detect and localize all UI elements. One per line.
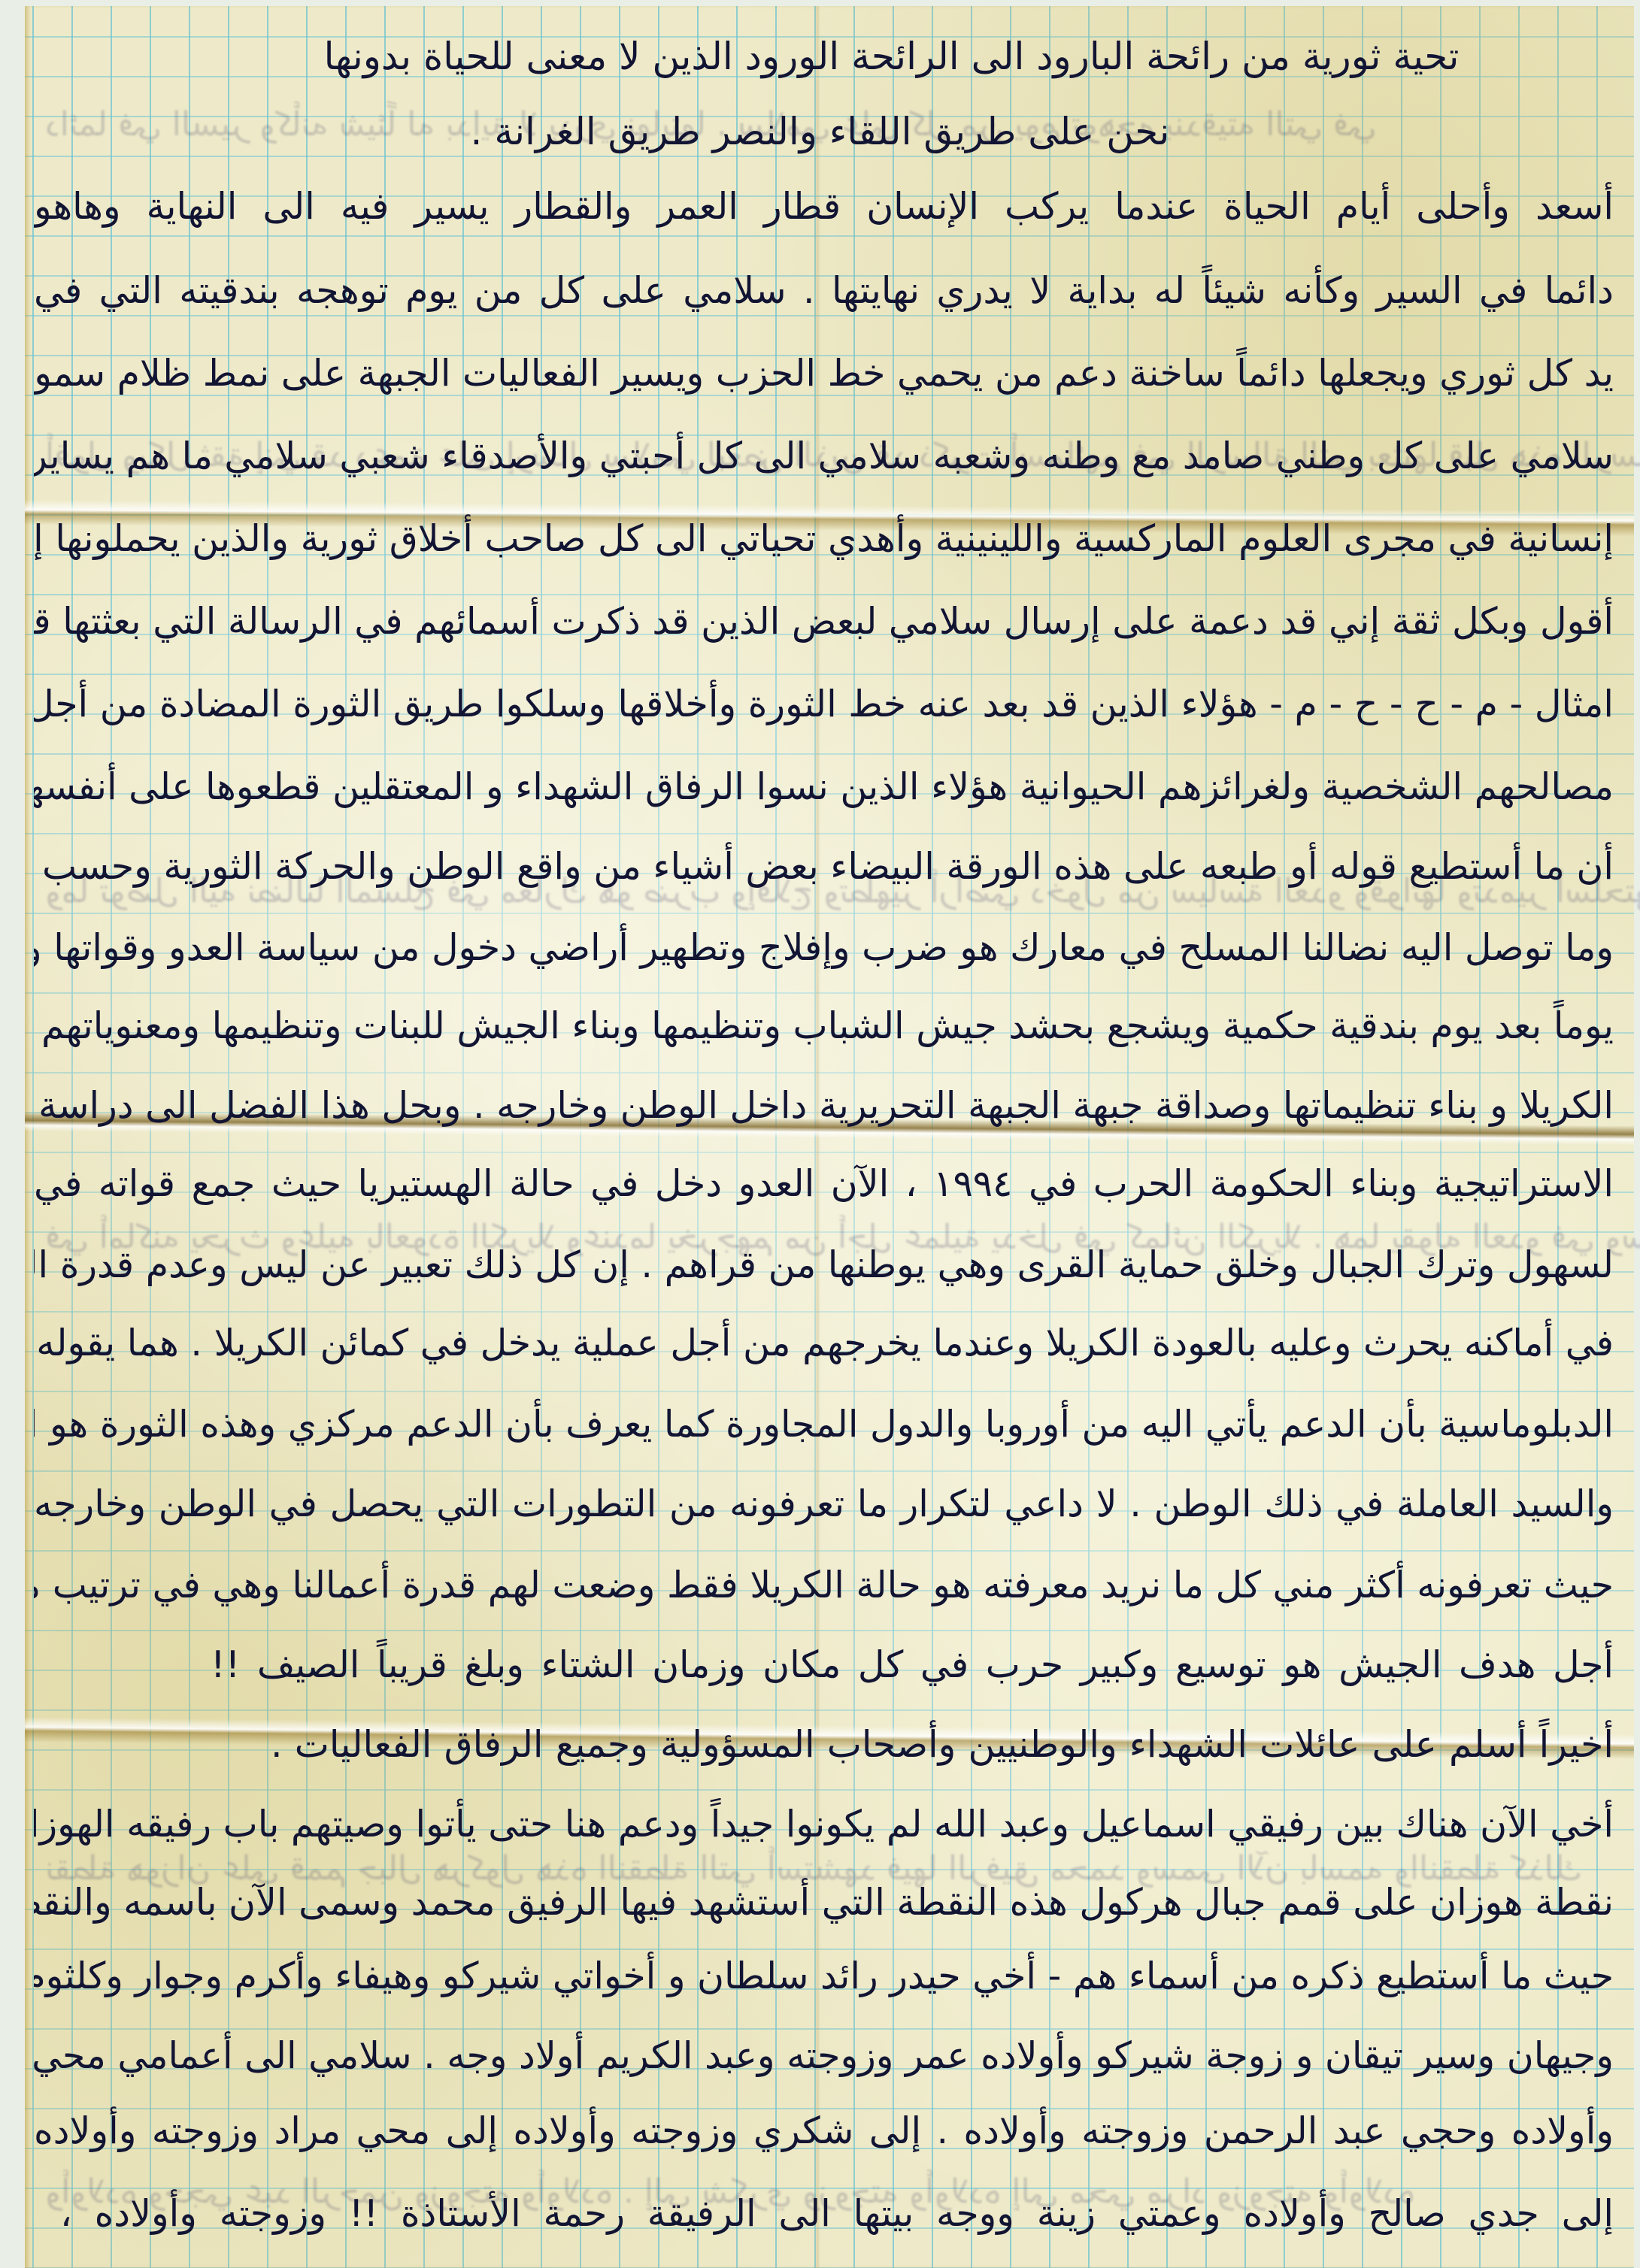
body-line: أسعد وأحلى أيام الحياة عندما يركب الإنسا… bbox=[34, 180, 1614, 233]
body-line: وما توصل اليه نضالنا المسلح في معارك هو … bbox=[34, 922, 1614, 974]
body-line: وجيهان وسير تيقان و زوجة شيركو وأولاده ع… bbox=[34, 2030, 1614, 2082]
body-line: أجل هدف الجيش هو توسيع وكبير حرب في كل م… bbox=[211, 1639, 1614, 1691]
body-line: أخيراً أسلم على عائلات الشهداء والوطنيين… bbox=[271, 1718, 1614, 1771]
body-line: حيث ما أستطيع ذكره من أسماء هم - أخي حيد… bbox=[34, 1950, 1614, 2003]
body-line: دائما في السير وكأنه شيئاً له بداية لا ي… bbox=[34, 265, 1614, 317]
body-line: امثال - م - ح - ح - م - هؤلاء الذين قد ب… bbox=[34, 678, 1614, 731]
body-line: أقول وبكل ثقة إني قد دعمة على إرسال سلام… bbox=[34, 595, 1614, 648]
body-line: نقطة هوزان على قمم جبال هركول هذه النقطة… bbox=[34, 1876, 1614, 1929]
body-line: الدبلوماسية بأن الدعم يأتي اليه من أوروب… bbox=[34, 1398, 1614, 1451]
body-line: أخي الآن هناك بين رفيقي اسماعيل وعبد الل… bbox=[34, 1798, 1614, 1851]
body-line: أن ما أستطيع قوله أو طبعه على هذه الورقة… bbox=[34, 840, 1614, 893]
body-line: حيث تعرفونه أكثر مني كل ما نريد معرفته ه… bbox=[34, 1559, 1614, 1612]
body-line: وأولاده وحجي عبد الرحمن وزوجته وأولاده .… bbox=[34, 2105, 1614, 2157]
body-line: سلامي على كل وطني صامد مع وطنه وشعبه سلا… bbox=[34, 430, 1614, 483]
body-line: الاستراتيجية وبناء الحكومة الحرب في ١٩٩٤… bbox=[34, 1158, 1614, 1210]
header-line: تحية ثورية من رائحة البارود الى الرائحة … bbox=[188, 30, 1595, 83]
header-line: نحن على طريق اللقاء والنصر طريق الغرانة … bbox=[451, 105, 1189, 158]
body-line: إلى جدي صالح وأولاده وعمتي زينة ووجه بيت… bbox=[60, 2188, 1614, 2240]
body-line: في أماكنه يحرث وعليه بالعودة الكريلا وعن… bbox=[34, 1317, 1614, 1370]
body-line: مصالحهم الشخصية ولغرائزهم الحيوانية هؤلا… bbox=[34, 761, 1614, 813]
body-line: لسهول وترك الجبال وخلق حماية القرى وهي ي… bbox=[34, 1239, 1614, 1291]
body-line: والسيد العاملة في ذلك الوطن . لا داعي لت… bbox=[34, 1478, 1614, 1531]
body-line: الكريلا و بناء تنظيماتها وصداقة جبهة الج… bbox=[34, 1079, 1614, 1132]
body-line: يد كل ثوري ويجعلها دائماً ساخنة دعم من ي… bbox=[34, 347, 1614, 400]
body-line: إنسانية في مجرى العلوم الماركسية والليني… bbox=[34, 513, 1614, 565]
body-line: يوماً بعد يوم بندقية حكمية ويشجع بحشد جي… bbox=[34, 1000, 1614, 1052]
